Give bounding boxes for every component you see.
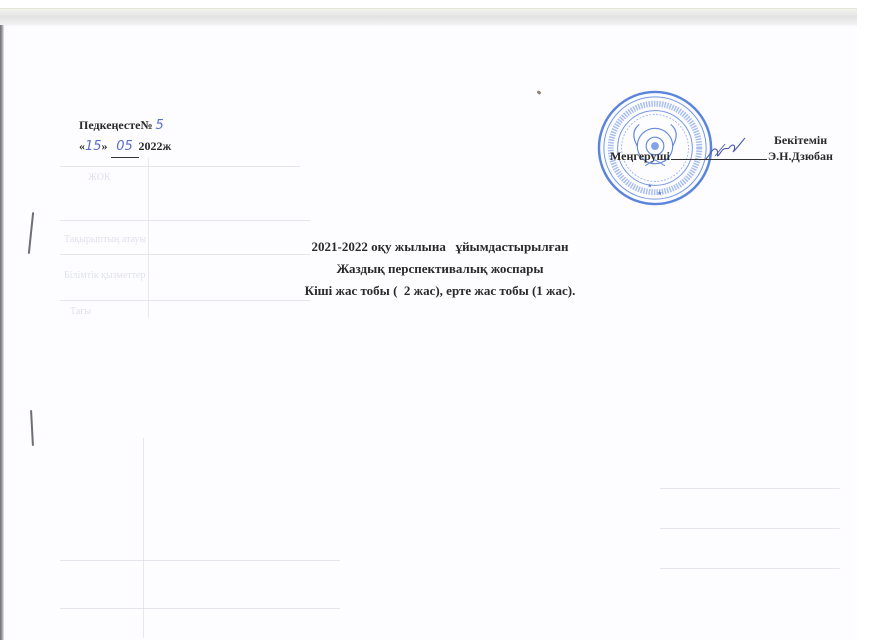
svg-text:★: ★ bbox=[657, 190, 662, 197]
protocol-number: 5 bbox=[156, 118, 164, 133]
viewport: ЖОК Тақырыптың атауы Білімтік қызметтер … bbox=[0, 0, 876, 640]
position-label: Меңгеруші bbox=[610, 149, 670, 163]
scan-speck bbox=[537, 90, 542, 95]
scanned-document-page: ЖОК Тақырыптың атауы Білімтік қызметтер … bbox=[0, 8, 857, 640]
bleed-text: ЖОК bbox=[88, 172, 111, 183]
approve-label: Бекітемін bbox=[774, 133, 827, 148]
scan-top-edge bbox=[0, 8, 857, 26]
protocol-label: Педкеңесте№ bbox=[79, 118, 153, 132]
date-month: 05 bbox=[111, 137, 139, 158]
quote-close: » bbox=[102, 139, 108, 153]
bleed-text: Тағы bbox=[70, 306, 91, 317]
head-signature-row: МеңгерушіЭ.Н.Дзюбан bbox=[610, 148, 833, 164]
bleed-text: Білімтік қызметтер bbox=[64, 270, 145, 281]
scan-mark bbox=[28, 212, 34, 254]
signatory-name: Э.Н.Дзюбан bbox=[768, 149, 833, 163]
svg-text:★: ★ bbox=[647, 182, 652, 189]
document-title: 2021-2022 оқу жылына ұйымдастырылған Жаз… bbox=[250, 236, 630, 302]
signature-line bbox=[671, 148, 767, 160]
title-line-3: Кіші жас тобы ( 2 жас), ерте жас тобы (1… bbox=[250, 280, 630, 302]
date-day: 15 bbox=[85, 139, 102, 154]
title-line-2: Жаздық перспективалық жоспары bbox=[250, 258, 630, 280]
bleed-text: Тақырыптың атауы bbox=[64, 234, 146, 245]
scan-mark bbox=[30, 410, 34, 446]
title-line-1: 2021-2022 оқу жылына ұйымдастырылған bbox=[250, 236, 630, 258]
pedagogical-council-block: Педкеңесте№ 5 «15» 052022ж bbox=[79, 115, 171, 158]
date-year: 2022ж bbox=[139, 139, 172, 153]
scan-left-edge bbox=[0, 25, 4, 640]
